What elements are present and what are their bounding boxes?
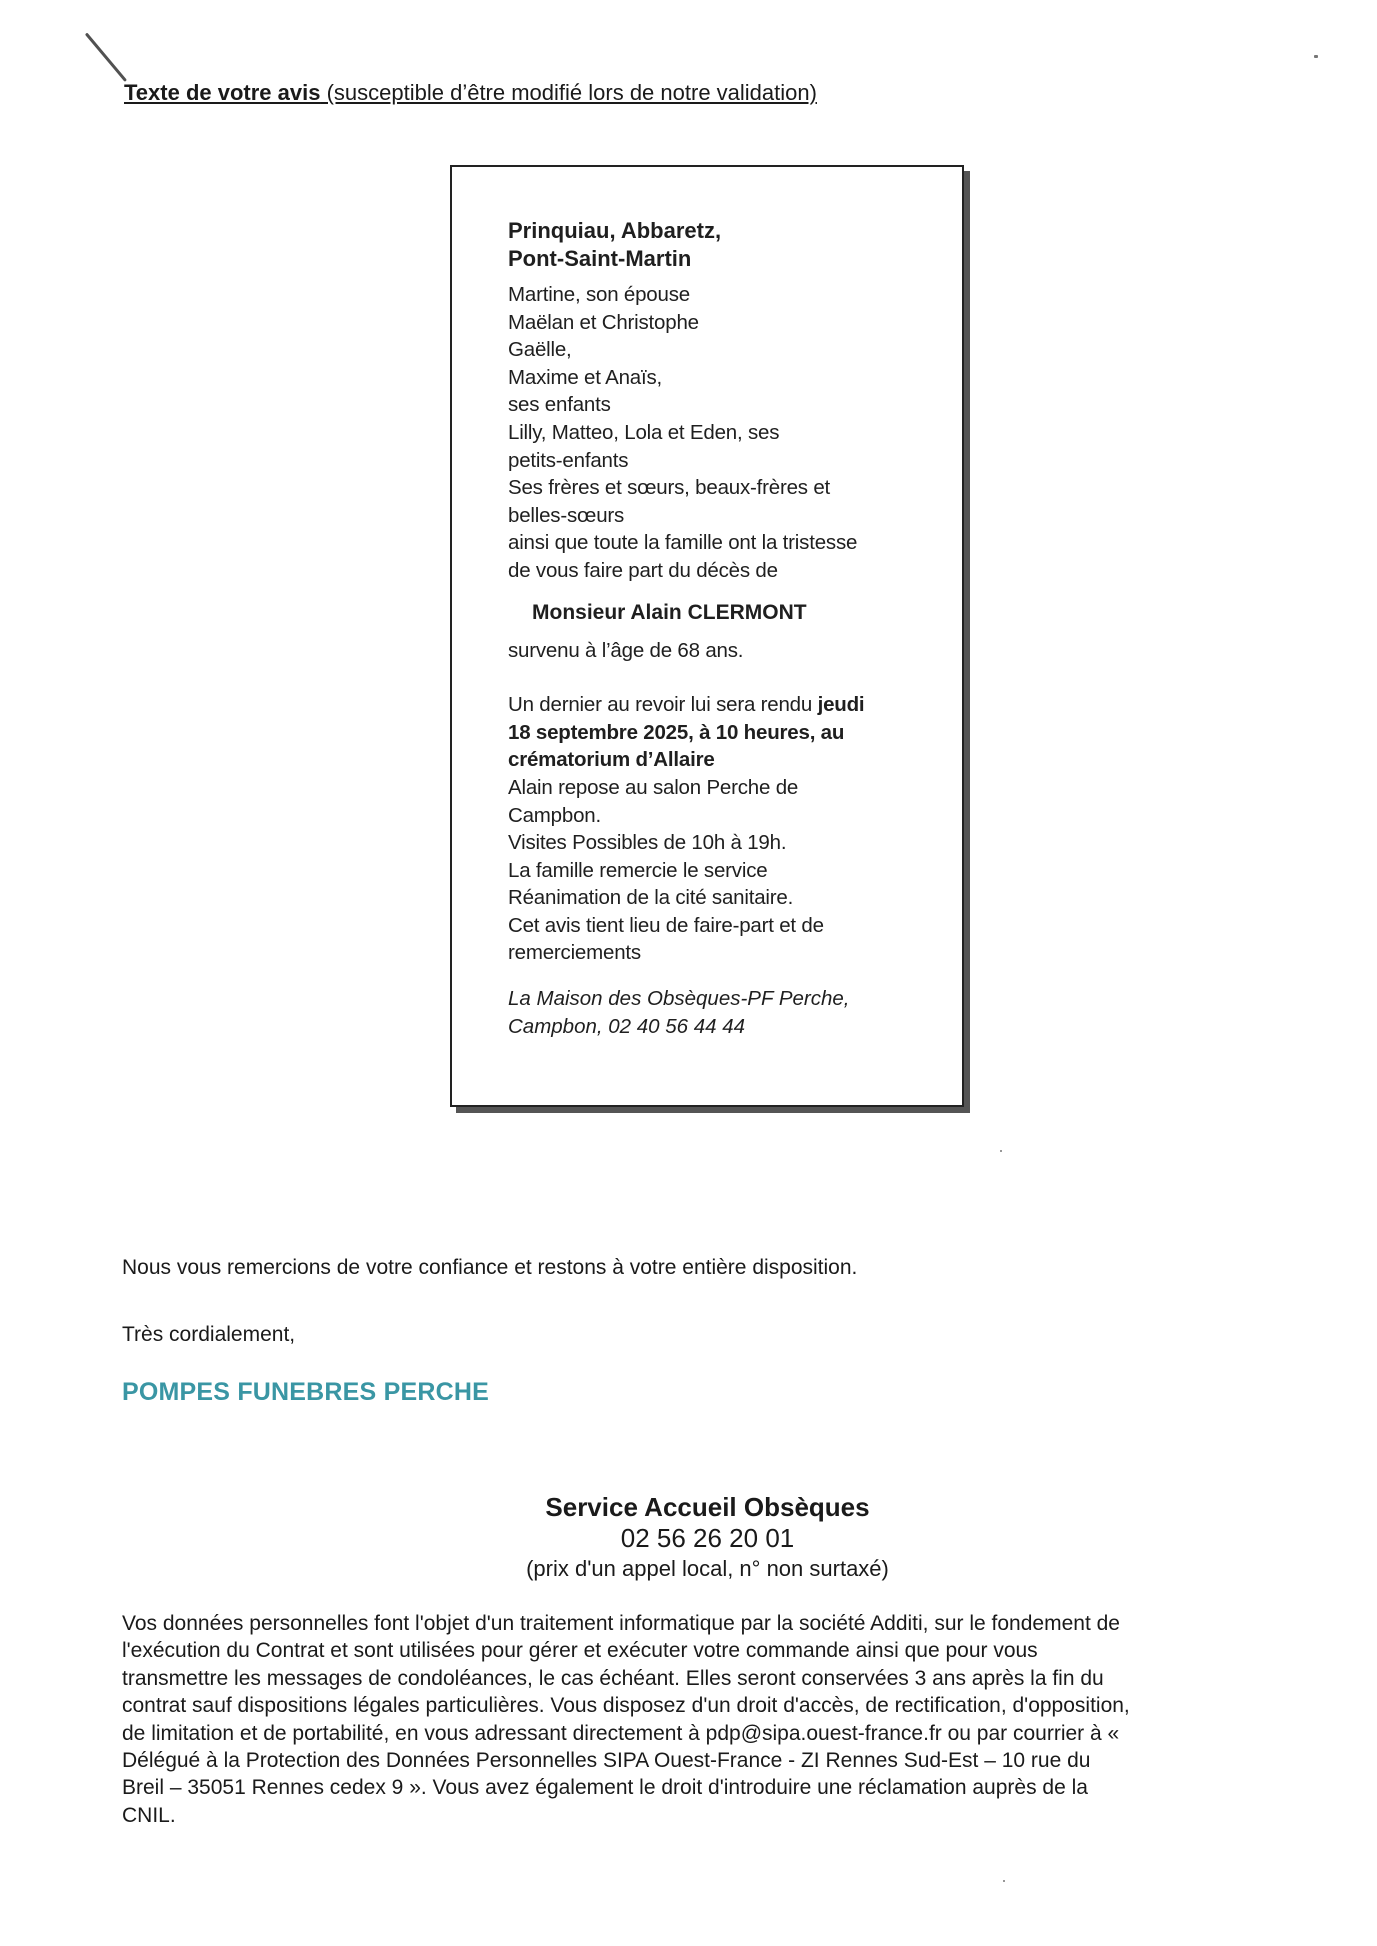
deceased-name: Monsieur Alain CLERMONT — [532, 599, 932, 627]
service-note: (prix d'un appel local, n° non surtaxé) — [0, 1556, 1377, 1582]
age-line: survenu à l’âge de 68 ans. — [508, 637, 932, 665]
service-title: Service Accueil Obsèques — [0, 1492, 1377, 1523]
heading-subtitle: (susceptible d’être modifié lors de notr… — [320, 80, 816, 105]
thanks-text: Nous vous remercions de votre confiance … — [122, 1255, 857, 1281]
funeral-home-signature: La Maison des Obsèques-PF Perche, Campbo… — [508, 985, 932, 1041]
additional-details: Alain repose au salon Perche de Campbon.… — [508, 774, 932, 967]
obituary-notice: Prinquiau, Abbaretz, Pont-Saint-Martin M… — [450, 165, 964, 1107]
heading-title: Texte de votre avis — [124, 80, 320, 105]
scan-speck — [1003, 1880, 1005, 1882]
family-list: Martine, son épouse Maëlan et Christophe… — [508, 281, 932, 585]
notice-locations: Prinquiau, Abbaretz, Pont-Saint-Martin — [508, 217, 932, 273]
scan-speck — [1314, 55, 1318, 58]
ceremony-details: Un dernier au revoir lui sera rendu jeud… — [508, 691, 932, 774]
privacy-notice: Vos données personnelles font l'objet d'… — [122, 1610, 1297, 1829]
pen-mark — [85, 33, 127, 82]
company-name: POMPES FUNEBRES PERCHE — [122, 1378, 489, 1407]
service-phone: 02 56 26 20 01 — [0, 1523, 1377, 1554]
section-heading: Texte de votre avis (susceptible d’être … — [124, 80, 817, 106]
scan-speck — [1000, 1150, 1002, 1152]
regards-text: Très cordialement, — [122, 1322, 295, 1348]
